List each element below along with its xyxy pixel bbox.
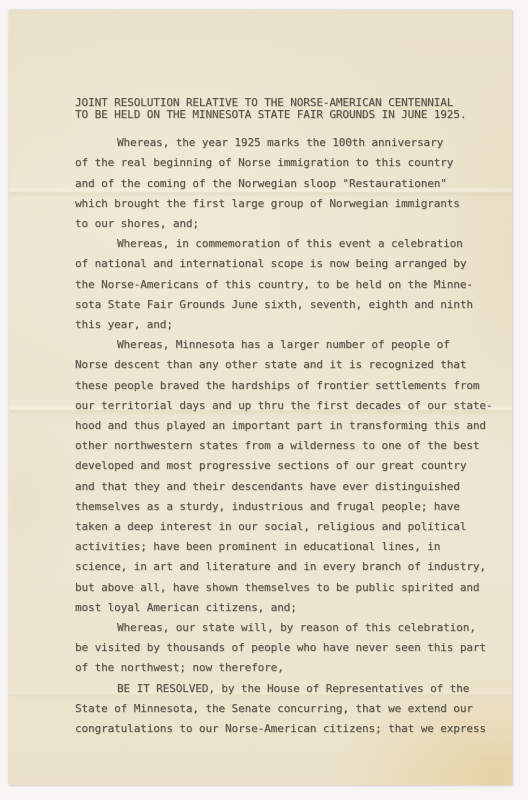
body-line: this year, and; — [75, 315, 475, 335]
body-line: Whereas, the year 1925 marks the 100th a… — [75, 133, 475, 153]
body-line: Whereas, in commemoration of this event … — [75, 234, 475, 254]
body-line: sota State Fair Grounds June sixth, seve… — [75, 295, 475, 315]
body-line: the Norse-Americans of this country, to … — [75, 275, 475, 295]
typewritten-text: JOINT RESOLUTION RELATIVE TO THE NORSE-A… — [75, 97, 475, 739]
body-line: our territorial days and up thru the fir… — [75, 396, 475, 416]
document-title: JOINT RESOLUTION RELATIVE TO THE NORSE-A… — [75, 97, 475, 120]
body-line: and of the coming of the Norwegian sloop… — [75, 174, 475, 194]
body-line: and that they and their descendants have… — [75, 477, 475, 497]
document-page: JOINT RESOLUTION RELATIVE TO THE NORSE-A… — [9, 10, 512, 785]
body-line: but above all, have shown themselves to … — [75, 578, 475, 598]
body-line: of national and international scope is n… — [75, 254, 475, 274]
document-body: Whereas, the year 1925 marks the 100th a… — [75, 133, 475, 739]
title-line: TO BE HELD ON THE MINNESOTA STATE FAIR G… — [75, 109, 475, 121]
body-line: science, in art and literature and in ev… — [75, 557, 475, 577]
body-line: Norse descent than any other state and i… — [75, 355, 475, 375]
body-line: to our shores, and; — [75, 214, 475, 234]
body-line: BE IT RESOLVED, by the House of Represen… — [75, 679, 475, 699]
body-line: congratulations to our Norse-American ci… — [75, 719, 475, 739]
body-line: of the real beginning of Norse immigrati… — [75, 153, 475, 173]
body-line: Whereas, our state will, by reason of th… — [75, 618, 475, 638]
body-line: Whereas, Minnesota has a larger number o… — [75, 335, 475, 355]
body-line: themselves as a sturdy, industrious and … — [75, 497, 475, 517]
body-line: of the northwest; now therefore, — [75, 658, 475, 678]
body-line: State of Minnesota, the Senate concurrin… — [75, 699, 475, 719]
body-line: most loyal American citizens, and; — [75, 598, 475, 618]
body-line: which brought the first large group of N… — [75, 194, 475, 214]
body-line: these people braved the hardships of fro… — [75, 376, 475, 396]
body-line: activities; have been prominent in educa… — [75, 537, 475, 557]
body-line: hood and thus played an important part i… — [75, 416, 475, 436]
title-line: JOINT RESOLUTION RELATIVE TO THE NORSE-A… — [75, 97, 475, 109]
body-line: taken a deep interest in our social, rel… — [75, 517, 475, 537]
body-line: be visited by thousands of people who ha… — [75, 638, 475, 658]
body-line: other northwestern states from a wildern… — [75, 436, 475, 456]
body-line: developed and most progressive sections … — [75, 456, 475, 476]
